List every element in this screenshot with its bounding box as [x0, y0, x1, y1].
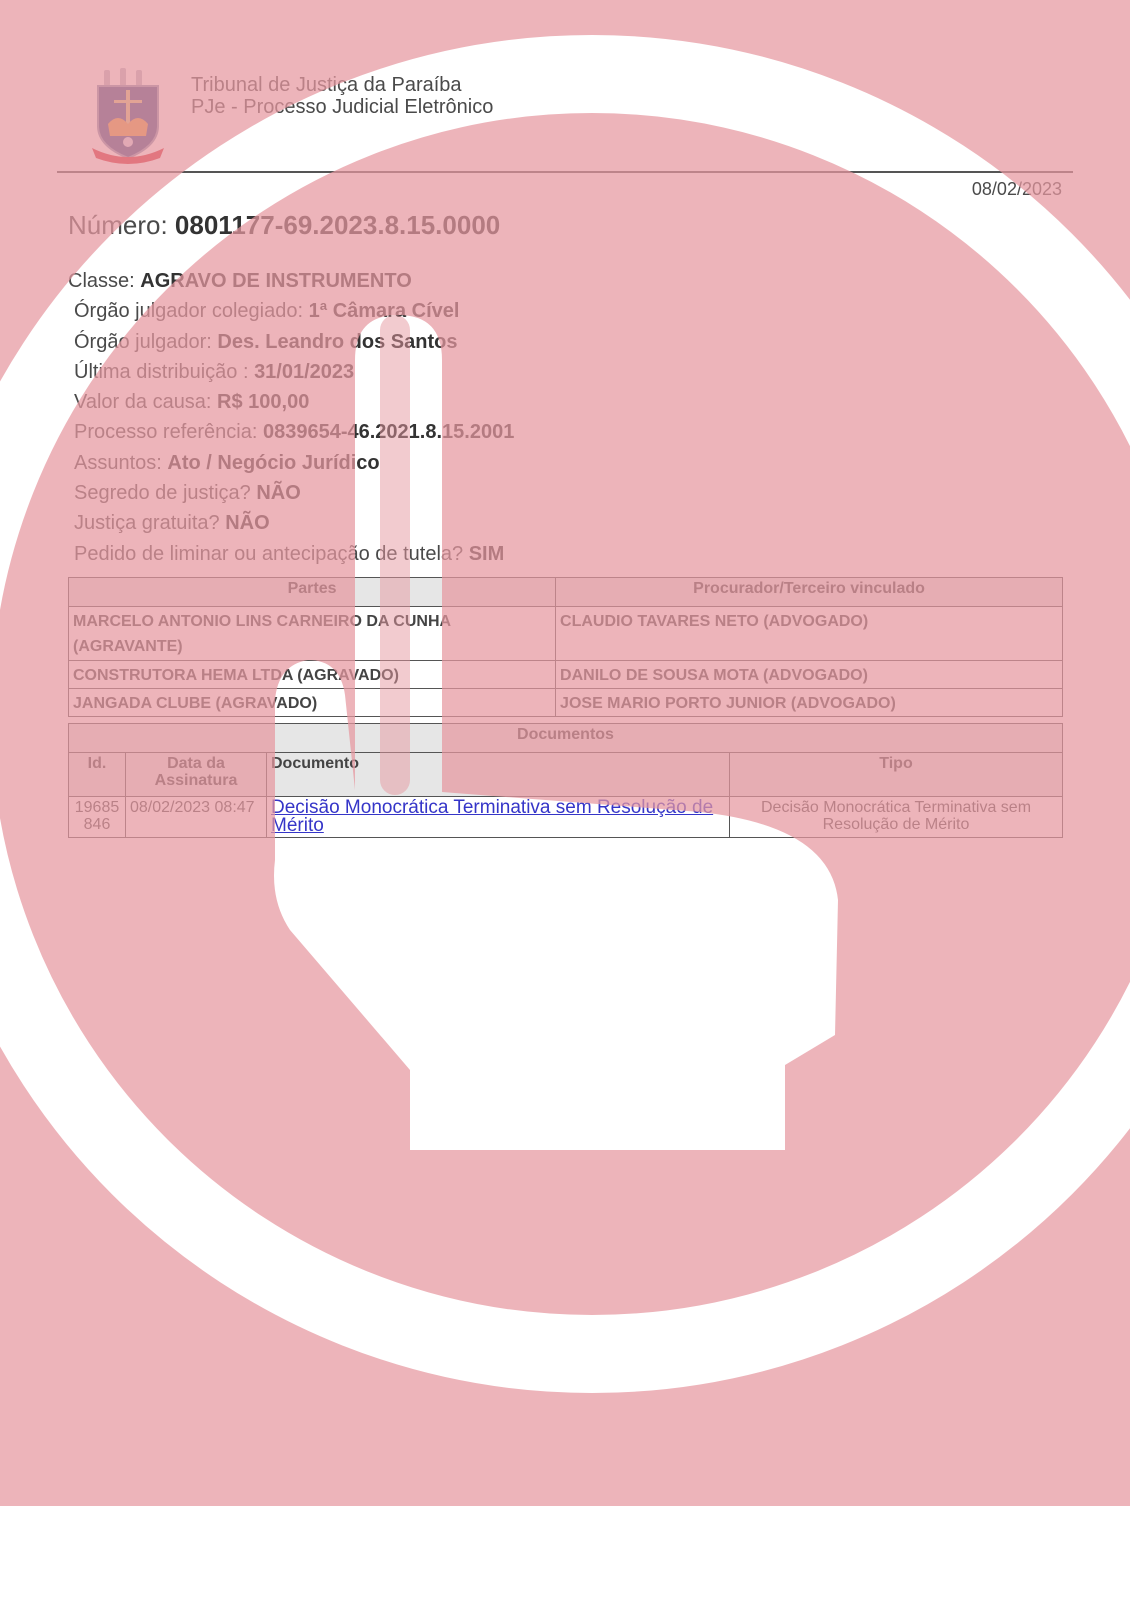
field-valor-causa: Valor da causa: R$ 100,00 — [68, 387, 514, 417]
column-header-data-assinatura: Data da Assinatura — [126, 753, 267, 797]
process-number-value: 0801177-69.2023.8.15.0000 — [175, 210, 500, 240]
field-value: SIM — [469, 543, 505, 565]
court-name: Tribunal de Justiça da Paraíba PJe - Pro… — [191, 74, 493, 118]
system-name-line2: PJe - Processo Judicial Eletrônico — [191, 96, 493, 118]
court-name-line1: Tribunal de Justiça da Paraíba — [191, 74, 493, 96]
field-label: Pedido de liminar ou antecipação de tute… — [74, 543, 469, 565]
parte-cell: MARCELO ANTONIO LINS CARNEIRO DA CUNHA (… — [69, 607, 556, 661]
field-value: Ato / Negócio Jurídico — [167, 452, 379, 474]
field-label: Processo referência: — [74, 421, 263, 443]
field-label: Última distribuição : — [74, 361, 254, 383]
table-row: 19685846 08/02/2023 08:47 Decisão Monocr… — [69, 797, 1063, 838]
field-label: Assuntos: — [74, 452, 167, 474]
field-value: AGRAVO DE INSTRUMENTO — [140, 270, 412, 292]
field-orgao-julgador: Órgão julgador: Des. Leandro dos Santos — [68, 327, 514, 357]
process-fields: Classe: AGRAVO DE INSTRUMENTO Órgão julg… — [68, 266, 514, 569]
field-classe: Classe: AGRAVO DE INSTRUMENTO — [68, 266, 514, 296]
field-label: Classe: — [68, 270, 140, 292]
parte-cell: JANGADA CLUBE (AGRAVADO) — [69, 689, 556, 717]
field-pedido-liminar: Pedido de liminar ou antecipação de tute… — [68, 539, 514, 569]
document-link-cell: Decisão Monocrática Terminativa sem Reso… — [267, 797, 730, 838]
field-ultima-distribuicao: Última distribuição : 31/01/2023 — [68, 357, 514, 387]
document-id-cell: 19685846 — [69, 797, 126, 838]
table-row: CONSTRUTORA HEMA LTDA (AGRAVADO) DANILO … — [69, 661, 1063, 689]
header-divider — [57, 171, 1073, 173]
field-value: 31/01/2023 — [254, 361, 354, 383]
document-date-cell: 08/02/2023 08:47 — [126, 797, 267, 838]
column-header-procurador: Procurador/Terceiro vinculado — [556, 578, 1063, 607]
table-header-row: Id. Data da Assinatura Documento Tipo — [69, 753, 1063, 797]
field-value: NÃO — [256, 482, 300, 504]
partes-table: Partes Procurador/Terceiro vinculado MAR… — [68, 577, 1063, 717]
field-processo-referencia: Processo referência: 0839654-46.2021.8.1… — [68, 417, 514, 447]
field-value: R$ 100,00 — [217, 391, 309, 413]
column-header-documento: Documento — [267, 753, 730, 797]
procurador-cell: JOSE MARIO PORTO JUNIOR (ADVOGADO) — [556, 689, 1063, 717]
table-row: MARCELO ANTONIO LINS CARNEIRO DA CUNHA (… — [69, 607, 1063, 661]
field-value: 0839654-46.2021.8.15.2001 — [263, 421, 514, 443]
field-segredo-justica: Segredo de justiça? NÃO — [68, 478, 514, 508]
process-number-label: Número: — [68, 210, 175, 240]
column-header-partes: Partes — [69, 578, 556, 607]
document-link[interactable]: Decisão Monocrática Terminativa sem Reso… — [271, 797, 713, 836]
documentos-table: Documentos Id. Data da Assinatura Docume… — [68, 723, 1063, 838]
column-header-tipo: Tipo — [730, 753, 1063, 797]
procurador-cell: DANILO DE SOUSA MOTA (ADVOGADO) — [556, 661, 1063, 689]
field-value: NÃO — [225, 512, 269, 534]
field-value: Des. Leandro dos Santos — [217, 331, 457, 353]
field-value: 1ª Câmara Cível — [309, 300, 460, 322]
table-row: JANGADA CLUBE (AGRAVADO) JOSE MARIO PORT… — [69, 689, 1063, 717]
parte-cell: CONSTRUTORA HEMA LTDA (AGRAVADO) — [69, 661, 556, 689]
document-page: Tribunal de Justiça da Paraíba PJe - Pro… — [0, 0, 1130, 1600]
field-label: Órgão julgador colegiado: — [74, 300, 309, 322]
print-date: 08/02/2023 — [972, 179, 1062, 200]
field-label: Valor da causa: — [74, 391, 217, 413]
field-assuntos: Assuntos: Ato / Negócio Jurídico — [68, 448, 514, 478]
field-label: Órgão julgador: — [74, 331, 217, 353]
court-coat-of-arms-logo — [90, 66, 166, 166]
field-label: Segredo de justiça? — [74, 482, 256, 504]
documentos-title: Documentos — [69, 724, 1063, 753]
process-number: Número: 0801177-69.2023.8.15.0000 — [68, 210, 500, 241]
field-justica-gratuita: Justiça gratuita? NÃO — [68, 508, 514, 538]
field-label: Justiça gratuita? — [74, 512, 225, 534]
table-title-row: Documentos — [69, 724, 1063, 753]
table-header-row: Partes Procurador/Terceiro vinculado — [69, 578, 1063, 607]
document-type-cell: Decisão Monocrática Terminativa sem Reso… — [730, 797, 1063, 838]
column-header-id: Id. — [69, 753, 126, 797]
procurador-cell: CLAUDIO TAVARES NETO (ADVOGADO) — [556, 607, 1063, 661]
field-orgao-colegiado: Órgão julgador colegiado: 1ª Câmara Cíve… — [68, 296, 514, 326]
